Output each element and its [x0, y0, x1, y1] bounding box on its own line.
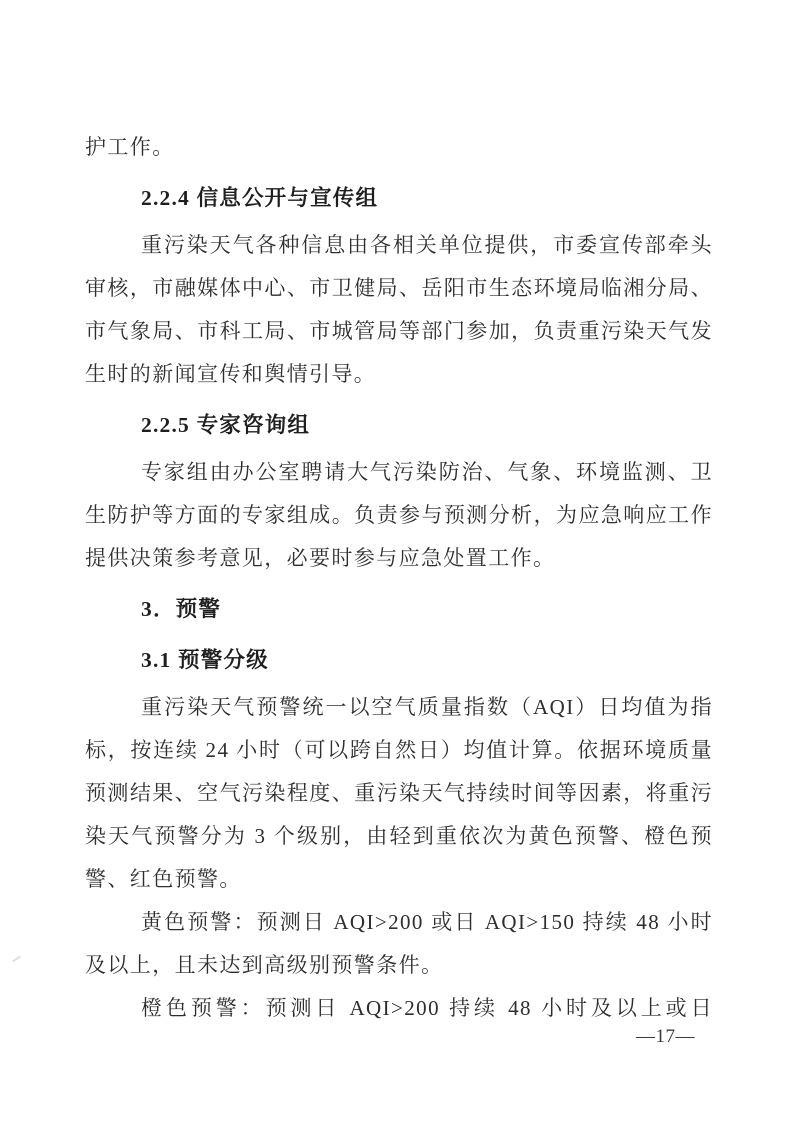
section-heading-2-2-5: 2.2.5 专家咨询组 [85, 404, 713, 447]
document-page: 护工作。 2.2.4 信息公开与宣传组 重污染天气各种信息由各相关单位提供，市委… [0, 0, 789, 1126]
document-body: 护工作。 2.2.4 信息公开与宣传组 重污染天气各种信息由各相关单位提供，市委… [85, 126, 713, 1030]
section-heading-2-2-4: 2.2.4 信息公开与宣传组 [85, 177, 713, 220]
scan-artifact-mark [12, 956, 21, 963]
section-heading-3-1: 3.1 预警分级 [85, 639, 713, 682]
page-number: —17— [636, 1026, 695, 1048]
section-heading-3: 3．预警 [85, 588, 713, 631]
paragraph-orange-warning: 橙色预警：预测日 AQI>200 持续 48 小时及以上或日 [85, 987, 713, 1030]
paragraph-continuation: 护工作。 [85, 126, 713, 169]
paragraph-warning-levels: 重污染天气预警统一以空气质量指数（AQI）日均值为指标，按连续 24 小时（可以… [85, 686, 713, 901]
paragraph-yellow-warning: 黄色预警：预测日 AQI>200 或日 AQI>150 持续 48 小时及以上，… [85, 901, 713, 987]
paragraph-expert-consultation-group: 专家组由办公室聘请大气污染防治、气象、环境监测、卫生防护等方面的专家组成。负责参… [85, 451, 713, 580]
paragraph-info-publicity-group: 重污染天气各种信息由各相关单位提供，市委宣传部牵头审核，市融媒体中心、市卫健局、… [85, 224, 713, 396]
